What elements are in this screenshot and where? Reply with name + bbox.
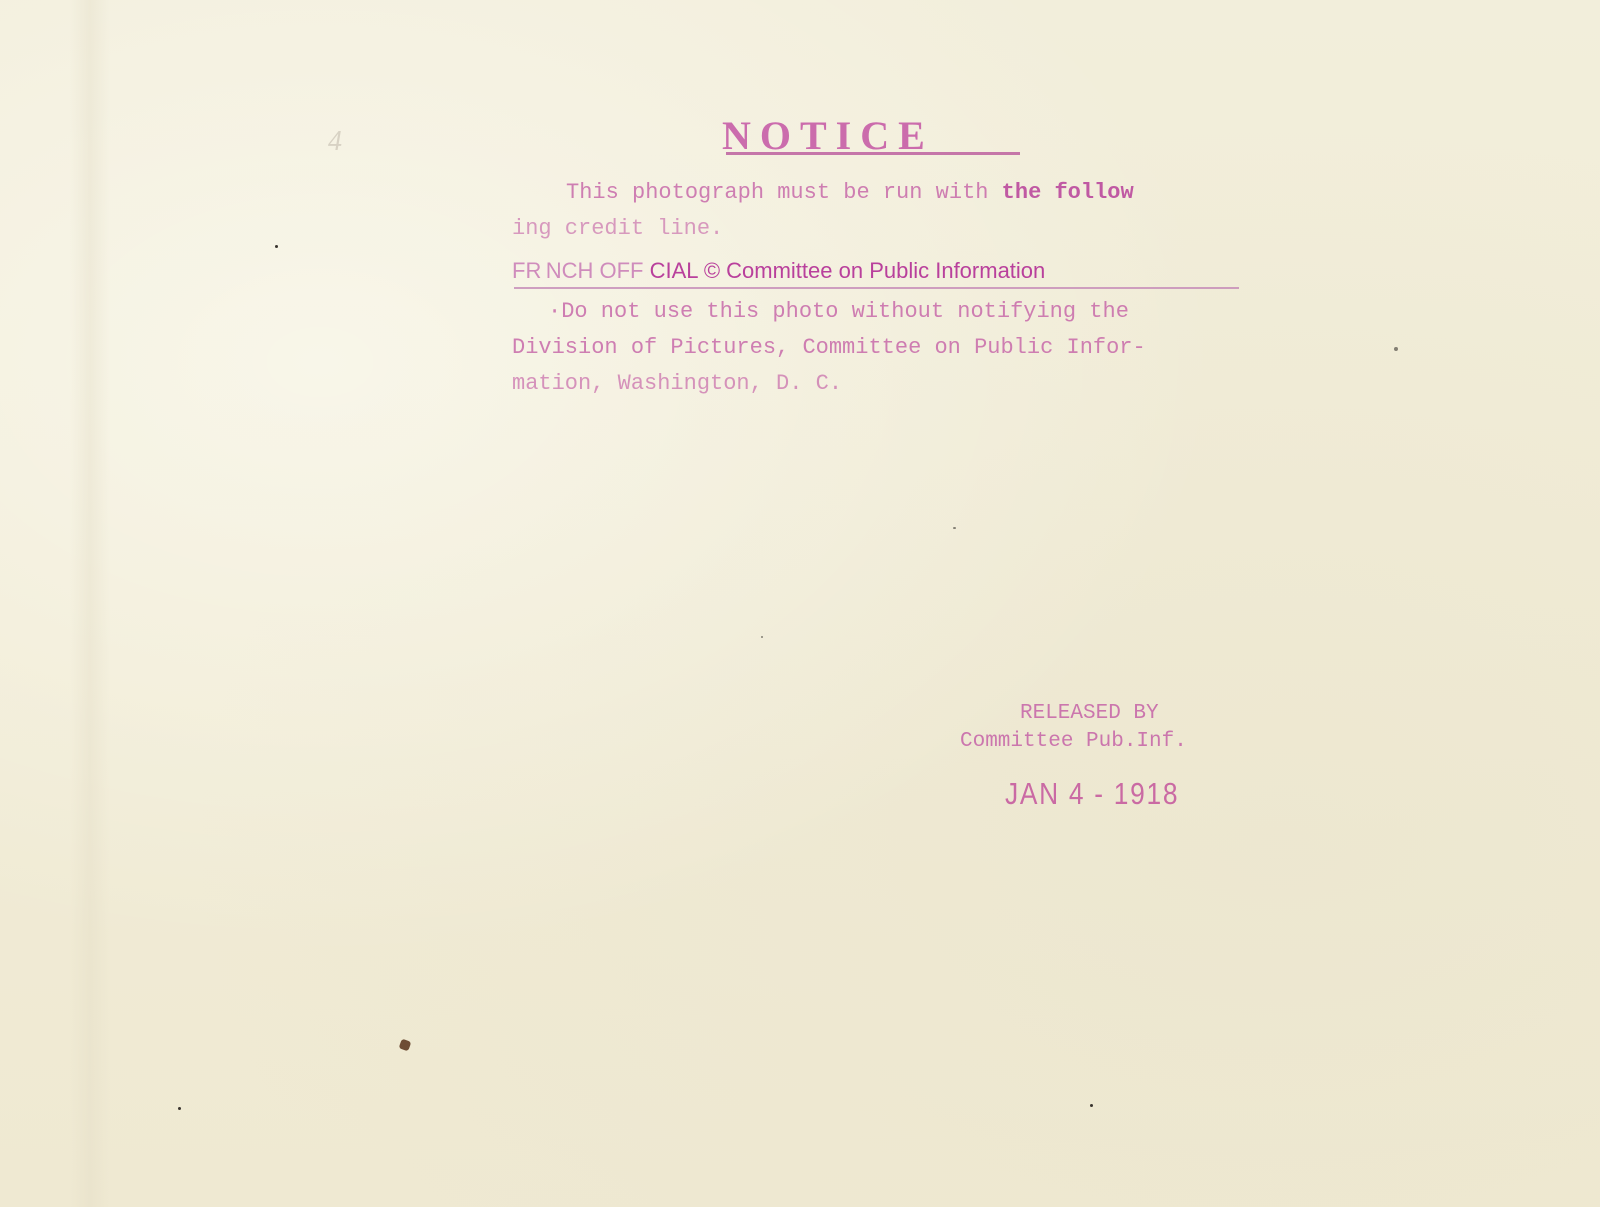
release-stamp-heading: RELEASED BY	[1020, 702, 1159, 725]
notice-text-plain: This photograph must be run with	[566, 180, 1002, 205]
notice-text-strong: the follow	[1002, 180, 1134, 205]
credit-line-strong: CIAL © Committee on Public Information	[644, 258, 1046, 283]
speck	[953, 527, 956, 529]
notice-paragraph-line-1: This photograph must be run with the fol…	[566, 180, 1134, 205]
speck	[1090, 1104, 1093, 1107]
usage-paragraph-line-2: Division of Pictures, Committee on Publi…	[512, 335, 1146, 360]
release-date-stamp: JAN 4 - 1918	[1005, 776, 1179, 812]
pencil-mark: 4	[328, 126, 342, 158]
usage-paragraph-line-3: mation, Washington, D. C.	[512, 371, 842, 396]
credit-line-underline	[514, 287, 1239, 289]
speck	[1394, 347, 1398, 351]
speck	[178, 1107, 181, 1110]
speck	[761, 636, 763, 638]
release-stamp-committee: Committee Pub.Inf.	[960, 730, 1187, 753]
credit-line: FR NCH OFF CIAL © Committee on Public In…	[512, 258, 1045, 284]
paper-crease	[70, 0, 110, 1207]
credit-line-faint: FR NCH OFF	[512, 258, 644, 283]
speck	[275, 245, 278, 248]
notice-paragraph-line-2: ing credit line.	[512, 216, 723, 241]
notice-title-underline	[726, 152, 1020, 155]
usage-paragraph-line-1: ·Do not use this photo without notifying…	[548, 299, 1129, 324]
